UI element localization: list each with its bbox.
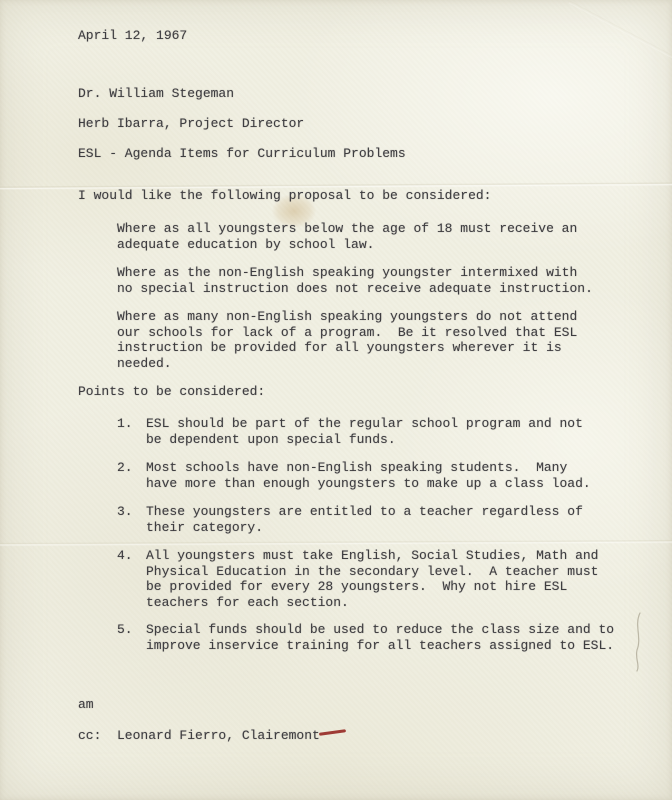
point-item: 3.These youngsters are entitled to a tea…: [117, 504, 617, 535]
point-text: Special funds should be used to reduce t…: [146, 622, 614, 653]
point-number: 1.: [117, 416, 146, 447]
intro-line: I would like the following proposal to b…: [78, 188, 491, 204]
whereas-paragraph: Where as all youngsters below the age of…: [117, 221, 587, 252]
red-pen-dash-mark: [319, 729, 346, 736]
point-number: 2.: [117, 460, 146, 491]
corner-crease: [569, 1, 672, 79]
fold-crease-lower: [0, 540, 672, 547]
cc-line: cc: Leonard Fierro, Clairemont: [78, 728, 320, 744]
date-line: April 12, 1967: [78, 28, 187, 44]
whereas-paragraph: Where as many non-English speaking young…: [117, 309, 597, 371]
typist-initials: am: [78, 697, 94, 713]
subject-line: ESL - Agenda Items for Curriculum Proble…: [78, 146, 406, 162]
point-item: 4.All youngsters must take English, Soci…: [117, 548, 617, 610]
point-text: ESL should be part of the regular school…: [146, 416, 583, 447]
recipient-line: Dr. William Stegeman: [78, 86, 234, 102]
point-number: 5.: [117, 622, 146, 653]
point-item: 2.Most schools have non-English speaking…: [117, 460, 617, 491]
sender-line: Herb Ibarra, Project Director: [78, 116, 304, 132]
scanned-letter-page: April 12, 1967 Dr. William Stegeman Herb…: [0, 0, 672, 800]
point-text: Most schools have non-English speaking s…: [146, 460, 591, 491]
point-number: 3.: [117, 504, 146, 535]
point-text: All youngsters must take English, Social…: [146, 548, 598, 610]
point-item: 5.Special funds should be used to reduce…: [117, 622, 617, 653]
point-item: 1.ESL should be part of the regular scho…: [117, 416, 617, 447]
point-text: These youngsters are entitled to a teach…: [146, 504, 583, 535]
points-heading: Points to be considered:: [78, 384, 265, 400]
whereas-paragraph: Where as the non-English speaking youngs…: [117, 265, 597, 296]
pencil-squiggle-mark: [630, 610, 646, 674]
point-number: 4.: [117, 548, 146, 610]
